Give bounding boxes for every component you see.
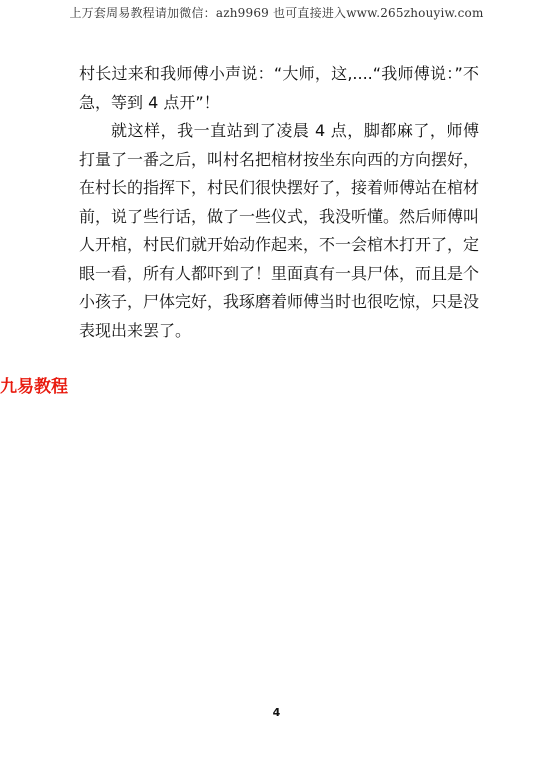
paragraph-1: 村长过来和我师傅小声说：“大师，这,....“我师傅说：”不急，等到 4 点开”… [79, 60, 479, 117]
watermark-label: 九易教程 [0, 372, 68, 397]
page-number: 4 [0, 706, 553, 719]
document-body: 村长过来和我师傅小声说：“大师，这,....“我师傅说：”不急，等到 4 点开”… [79, 60, 479, 345]
paragraph-2: 就这样，我一直站到了凌晨 4 点，脚都麻了，师傅打量了一番之后，叫村名把棺材按坐… [79, 117, 479, 345]
page-header: 上万套周易教程请加微信：azh9969 也可直接进入www.265zhouyiw… [0, 4, 553, 21]
